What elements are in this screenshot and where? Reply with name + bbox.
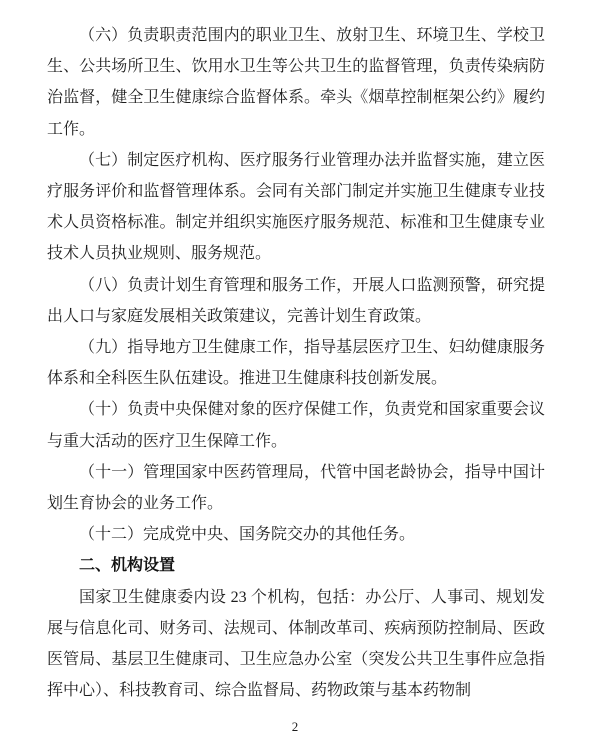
clause-12-paragraph: （十二）完成党中央、国务院交办的其他任务。	[47, 519, 545, 550]
organization-paragraph: 国家卫生健康委内设 23 个机构，包括：办公厅、人事司、规划发展与信息化司、财务…	[47, 582, 545, 707]
clause-7-paragraph: （七）制定医疗机构、医疗服务行业管理办法并监督实施，建立医疗服务评价和监督管理体…	[47, 145, 545, 270]
clause-9-paragraph: （九）指导地方卫生健康工作，指导基层医疗卫生、妇幼健康服务体系和全科医生队伍建设…	[47, 332, 545, 394]
clause-11-paragraph: （十一）管理国家中医药管理局，代管中国老龄协会，指导中国计划生育协会的业务工作。	[47, 457, 545, 519]
document-body: （六）负责职责范围内的职业卫生、放射卫生、环境卫生、学校卫生、公共场所卫生、饮用…	[47, 20, 545, 706]
clause-10-paragraph: （十）负责中央保健对象的医疗保健工作，负责党和国家重要会议与重大活动的医疗卫生保…	[47, 394, 545, 456]
document-page: （六）负责职责范围内的职业卫生、放射卫生、环境卫生、学校卫生、公共场所卫生、饮用…	[0, 0, 590, 747]
clause-8-paragraph: （八）负责计划生育管理和服务工作，开展人口监测预警，研究提出人口与家庭发展相关政…	[47, 270, 545, 332]
section-heading-organization: 二、机构设置	[47, 550, 545, 581]
page-number: 2	[0, 720, 590, 733]
clause-6-paragraph: （六）负责职责范围内的职业卫生、放射卫生、环境卫生、学校卫生、公共场所卫生、饮用…	[47, 20, 545, 145]
